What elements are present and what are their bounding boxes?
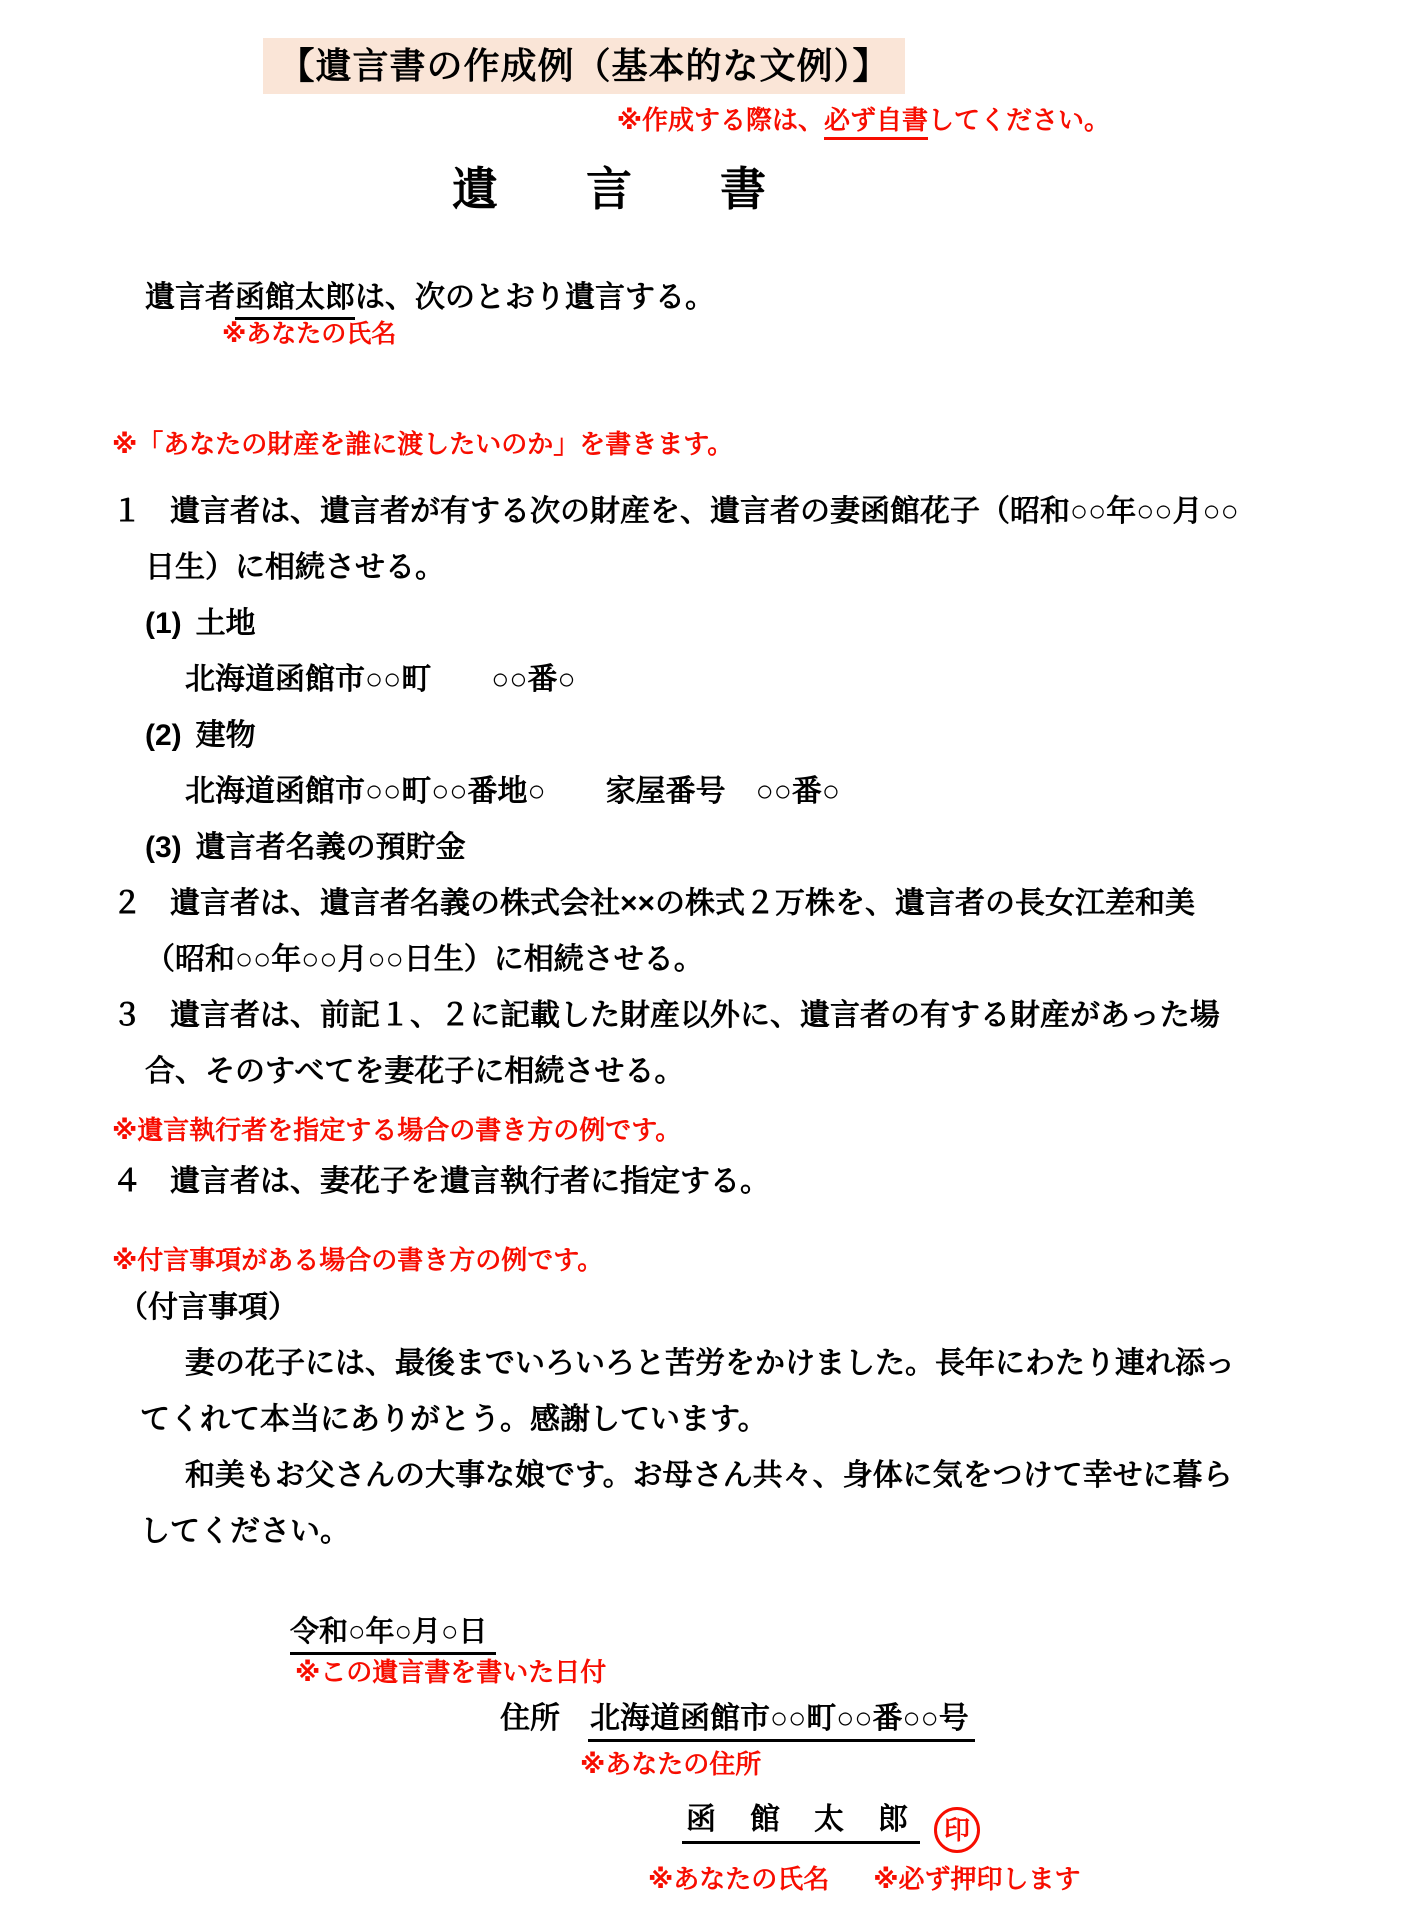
clause-4-number: ４ <box>112 1165 142 1198</box>
item-1-name: 土地 <box>196 607 256 640</box>
clause-2-number: ２ <box>112 887 142 920</box>
executor-instruction-note: ※遺言執行者を指定する場合の書き方の例です。 <box>112 1114 1414 1146</box>
address-label: 住所 <box>500 1702 560 1735</box>
addendum-instruction-note: ※付言事項がある場合の書き方の例です。 <box>112 1244 1414 1276</box>
address-instruction-note: ※あなたの住所 <box>580 1748 1414 1780</box>
date-line: 令和○年○月○日 <box>290 1614 1414 1650</box>
addendum-paragraph-daughter: 和美もお父さんの大事な娘です。お母さん共々、身体に気をつけて幸せに暮らしてくださ… <box>140 1448 1240 1560</box>
addendum-heading: （付言事項） <box>118 1280 1414 1336</box>
warning-prefix: ※作成する際は、 <box>617 105 824 135</box>
assets-instruction-note: ※「あなたの財産を誰に渡したいのか」を書きます。 <box>112 428 1414 460</box>
warning-suffix: してください。 <box>928 105 1110 135</box>
signature-name: 函 館 太 郎 <box>682 1803 920 1844</box>
clause-1: １遺言者は、遺言者が有する次の財産を、遺言者の妻函館花子（昭和○○年○○月○○日… <box>145 484 1245 596</box>
clause-3: ３遺言者は、前記１、２に記載した財産以外に、遺言者の有する財産があった場合、その… <box>145 988 1245 1100</box>
land-address-detail: 北海道函館市○○町 ○○番○ <box>185 652 1414 708</box>
seal-required-note: ※必ず押印します <box>873 1864 1080 1894</box>
handwriting-warning-note: ※作成する際は、必ず自書してください。 <box>0 104 1414 136</box>
clause-1-text: 遺言者は、遺言者が有する次の財産を、遺言者の妻函館花子（昭和○○年○○月○○日生… <box>145 495 1239 584</box>
clause-4-text: 遺言者は、妻花子を遺言執行者に指定する。 <box>170 1165 770 1198</box>
testator-declaration-line: 遺言者函館太郎は、次のとおり遺言する。 <box>145 280 1414 316</box>
clause-3-number: ３ <box>112 999 142 1032</box>
clause-2: ２遺言者は、遺言者名義の株式会社××の株式２万株を、遺言者の長女江差和美（昭和○… <box>145 876 1245 988</box>
date-value: 令和○年○月○日 <box>290 1616 496 1655</box>
warning-underlined-text: 必ず自書 <box>824 105 928 140</box>
page-title: 遺 言 書 <box>452 162 1414 216</box>
item-1-label: (1) <box>145 607 182 640</box>
your-name-note: ※あなたの氏名 <box>222 318 1414 350</box>
declaration-prefix: 遺言者 <box>145 281 235 314</box>
declaration-suffix: は、次のとおり遺言する。 <box>355 281 715 314</box>
item-3-name: 遺言者名義の預貯金 <box>196 831 466 864</box>
building-address-detail: 北海道函館市○○町○○番地○ 家屋番号 ○○番○ <box>185 764 1414 820</box>
item-3-label: (3) <box>145 831 182 864</box>
clause-2-text: 遺言者は、遺言者名義の株式会社××の株式２万株を、遺言者の長女江差和美（昭和○○… <box>145 887 1195 976</box>
clause-1-number: １ <box>112 495 142 528</box>
clause-1-item-deposits: (3)遺言者名義の預貯金 <box>145 820 1414 876</box>
clause-1-item-land: (1)土地 <box>145 596 1414 652</box>
clause-1-item-building: (2)建物 <box>145 708 1414 764</box>
item-2-name: 建物 <box>196 719 256 752</box>
testator-name: 函館太郎 <box>235 281 355 320</box>
item-2-label: (2) <box>145 719 182 752</box>
addendum-paragraph-wife: 妻の花子には、最後までいろいろと苦労をかけました。長年にわたり連れ添ってくれて本… <box>140 1336 1240 1448</box>
date-instruction-note: ※この遺言書を書いた日付 <box>295 1656 1414 1688</box>
signature-line: 函 館 太 郎印 <box>682 1800 1414 1853</box>
signature-instruction-note: ※あなたの氏名※必ず押印します <box>648 1863 1414 1895</box>
will-sample-document-page: 【遺言書の作成例（基本的な文例）】 ※作成する際は、必ず自書してください。 遺 … <box>0 0 1414 1920</box>
clause-4: ４遺言者は、妻花子を遺言執行者に指定する。 <box>145 1154 1245 1210</box>
seal-stamp-icon: 印 <box>934 1807 980 1853</box>
clause-3-text: 遺言者は、前記１、２に記載した財産以外に、遺言者の有する財産があった場合、そのす… <box>145 999 1220 1088</box>
address-line: 住所北海道函館市○○町○○番○○号 <box>500 1700 1414 1738</box>
address-value: 北海道函館市○○町○○番○○号 <box>588 1702 975 1742</box>
your-name-note-bottom: ※あなたの氏名 <box>648 1864 829 1894</box>
document-banner-title: 【遺言書の作成例（基本的な文例）】 <box>263 38 905 94</box>
